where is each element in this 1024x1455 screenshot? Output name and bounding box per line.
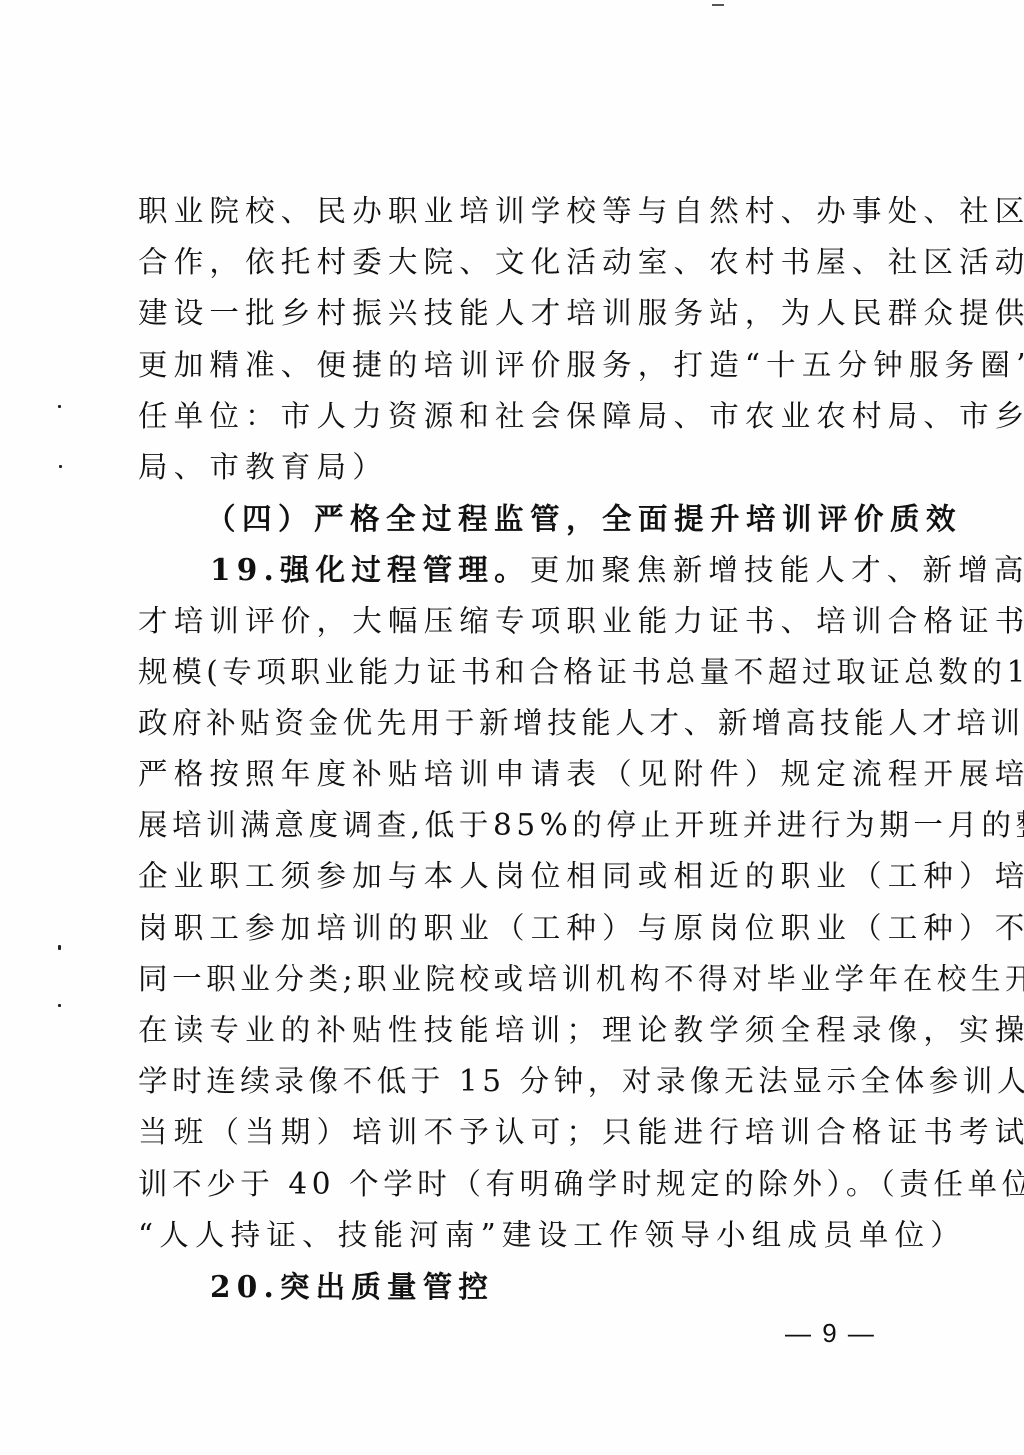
paragraph-line: 才培训评价，大幅压缩专项职业能力证书、培训合格证书类培训 (138, 596, 900, 647)
item-19-title: 19.强化过程管理。 (210, 552, 530, 587)
document-body: 职业院校、民办职业培训学校等与自然村、办事处、社区等共建 合作，依托村委大院、文… (138, 186, 900, 1312)
paragraph-line: 企业职工须参加与本人岗位相同或相近的职业（工种）培训，转 (138, 851, 900, 902)
paragraph-line: 训不少于 40 个学时（有明确学时规定的除外）。（责任单位：市 (138, 1159, 900, 1210)
paragraph-line: 局、市教育局） (138, 442, 900, 493)
paragraph-line: 严格按照年度补贴培训申请表（见附件）规定流程开展培训；开 (138, 749, 900, 800)
paragraph-line: 同一职业分类;职业院校或培训机构不得对毕业学年在校生开展 (138, 954, 900, 1005)
paragraph-line: 政府补贴资金优先用于新增技能人才、新增高技能人才培训评价; (138, 698, 900, 749)
margin-binding-dot (58, 1004, 61, 1007)
item-19-text: 更加聚焦新增技能人才、新增高技能人 (530, 553, 1024, 587)
paragraph-line: “人人持证、技能河南”建设工作领导小组成员单位） (138, 1210, 900, 1261)
paragraph-line: 任单位：市人力资源和社会保障局、市农业农村局、市乡村振兴 (138, 391, 900, 442)
item-19-first-line: 19.强化过程管理。更加聚焦新增技能人才、新增高技能人 (138, 544, 900, 595)
paragraph-line: 展培训满意度调查,低于85%的停止开班并进行为期一月的整改; (138, 800, 900, 851)
margin-binding-dot (59, 465, 62, 468)
margin-binding-dot (58, 405, 61, 408)
paragraph-line: 规模(专项职业能力证书和合格证书总量不超过取证总数的10%); (138, 647, 900, 698)
paragraph-line: 岗职工参加培训的职业（工种）与原岗位职业（工种）不隶属于 (138, 903, 900, 954)
paragraph-line: 建设一批乡村振兴技能人才培训服务站，为人民群众提供家门口 (138, 288, 900, 339)
item-20-heading: 20.突出质量管控 (138, 1261, 900, 1312)
paragraph-line: 合作，依托村委大院、文化活动室、农村书屋、社区活动中心等 (138, 237, 900, 288)
paragraph-line: 当班（当期）培训不予认可；只能进行培训合格证书考试的，培 (138, 1107, 900, 1158)
paragraph-line: 更加精准、便捷的培训评价服务，打造“十五分钟服务圈”。（责 (138, 340, 900, 391)
paragraph-line: 学时连续录像不低于 15 分钟，对录像无法显示全体参训人员的 (138, 1056, 900, 1107)
paragraph-line: 在读专业的补贴性技能培训；理论教学须全程录像，实操培训每 (138, 1005, 900, 1056)
scan-artifact-mark (712, 4, 724, 6)
document-page: 职业院校、民办职业培训学校等与自然村、办事处、社区等共建 合作，依托村委大院、文… (0, 0, 1024, 1455)
paragraph-line: 职业院校、民办职业培训学校等与自然村、办事处、社区等共建 (138, 186, 900, 237)
section-heading: （四）严格全过程监管，全面提升培训评价质效 (138, 493, 900, 544)
page-number: — 9 — (785, 1318, 876, 1349)
margin-binding-dot (58, 945, 61, 950)
